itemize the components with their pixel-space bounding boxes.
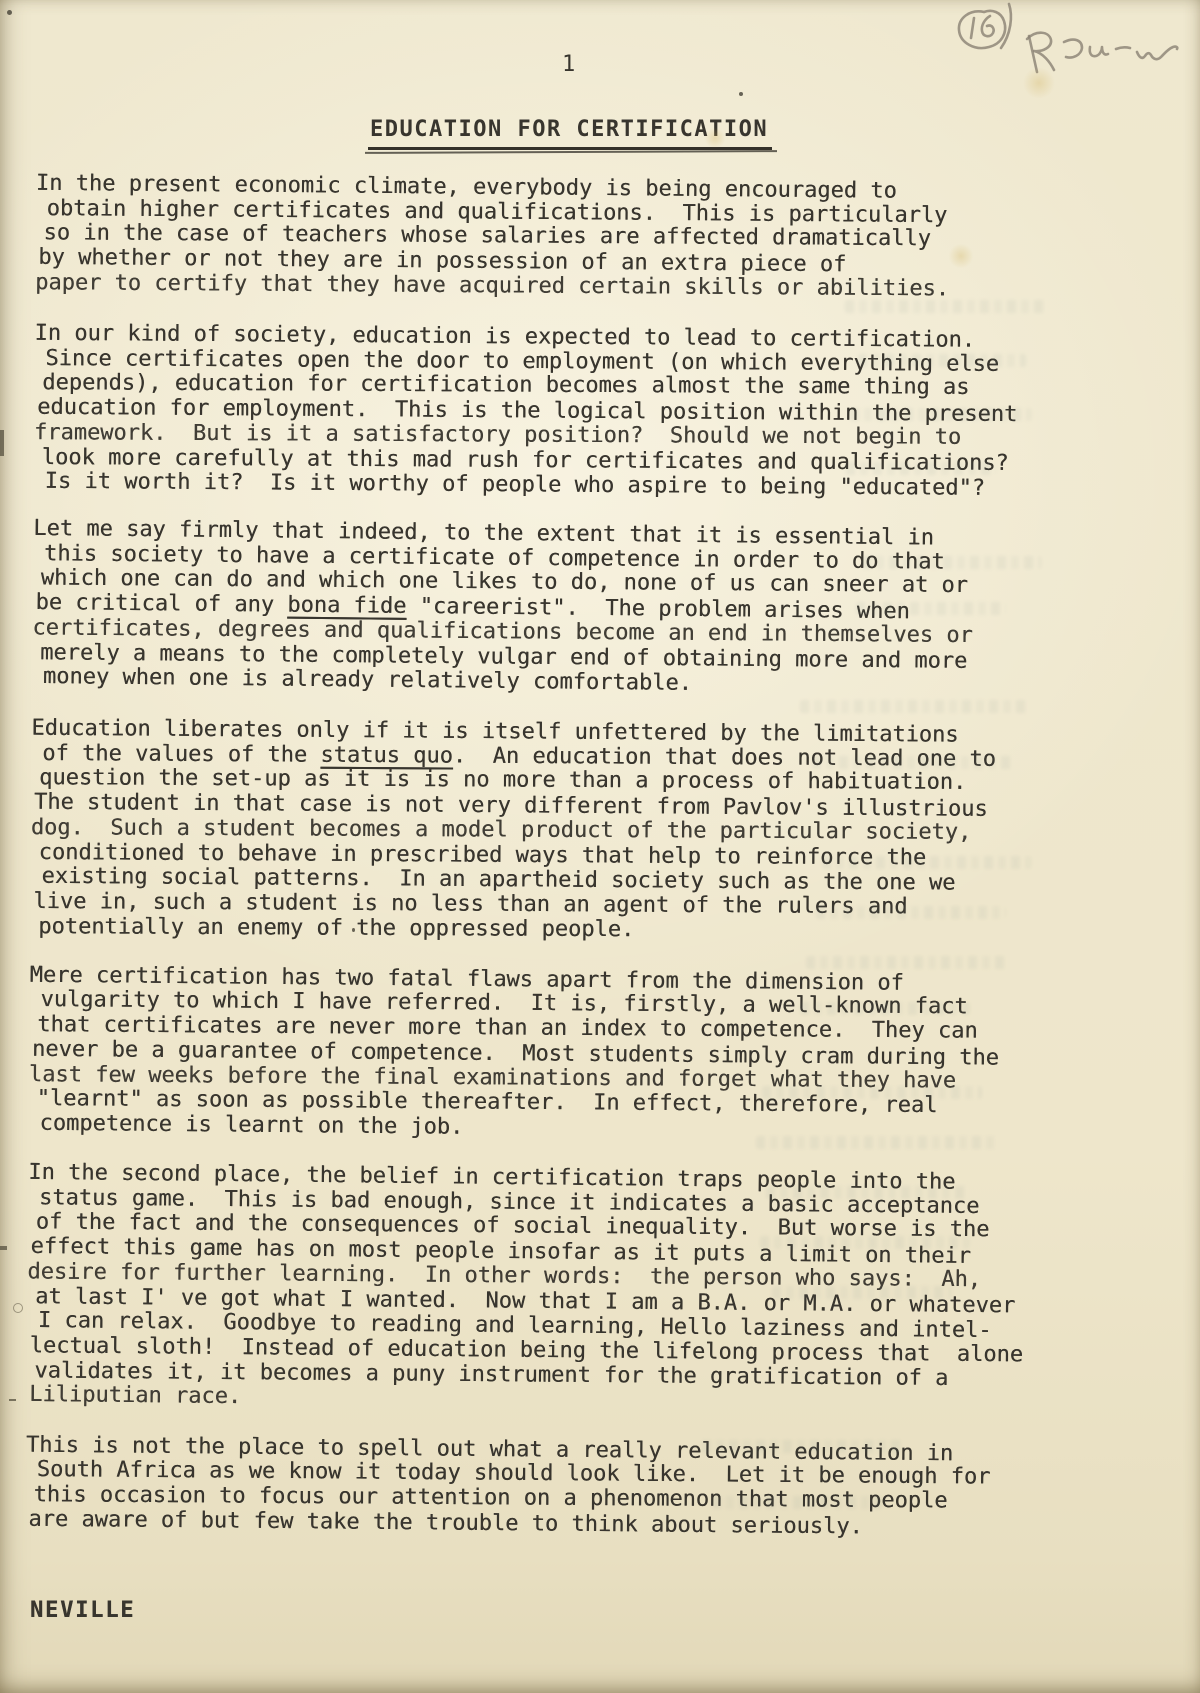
bleedthrough-smudge	[762, 1086, 982, 1099]
text-segment: be critical of any	[35, 591, 287, 619]
bleedthrough-smudge	[812, 756, 1012, 769]
scrawl-letter-r-stem	[1029, 36, 1037, 72]
bleedthrough-smudge	[772, 1286, 952, 1299]
scrawl-letter-w	[1137, 47, 1177, 60]
scan-edge-mark	[9, 1399, 16, 1401]
underlined-phrase: bona fide	[287, 593, 406, 619]
bleedthrough-smudge	[702, 1440, 902, 1453]
ink-speck	[739, 92, 743, 96]
bleedthrough-smudge	[712, 1496, 882, 1509]
pencil-annotation-icon	[930, 2, 1200, 92]
bleedthrough-smudge	[856, 602, 1006, 615]
bleedthrough-smudge	[806, 956, 1006, 969]
bleedthrough-smudge	[845, 300, 1045, 313]
bleedthrough-smudge	[822, 856, 1032, 869]
text-segment: of the values of the	[42, 741, 320, 768]
bleedthrough-smudge	[850, 408, 1032, 421]
ink-speck	[7, 10, 12, 15]
scrawl-dash	[1116, 47, 1130, 49]
text-line: potentially an enemy of the oppressed pe…	[38, 915, 1150, 945]
bleedthrough-smudge	[846, 462, 996, 475]
circled-number-digit-6	[982, 16, 994, 36]
bleedthrough-smudge	[816, 906, 1006, 919]
scrawl-letter-u	[1090, 47, 1108, 56]
scanned-typewritten-page: 1 EDUCATION FOR CERTIFICATION In the pre…	[0, 0, 1200, 1693]
circled-number-digit-1	[971, 18, 974, 38]
bleedthrough-smudge	[800, 700, 1030, 713]
scan-edge-mark	[0, 430, 4, 456]
paragraph: Mere certification has two fatal flaws a…	[28, 964, 1149, 1146]
paper-stain	[704, 128, 726, 148]
scrawl-letter-r-bowl	[1027, 33, 1054, 70]
underlined-phrase: status quo	[320, 743, 453, 769]
pencil-speck	[13, 1303, 23, 1313]
document-body: In the present economic climate, everybo…	[25, 172, 1156, 1566]
bleedthrough-smudge	[760, 1236, 970, 1249]
text-line: framework. But is it a satisfactory posi…	[34, 420, 1154, 450]
bleedthrough-smudge	[862, 556, 1042, 569]
bleedthrough-smudge	[800, 1002, 970, 1015]
page-number: 1	[562, 52, 575, 77]
paragraph: In the second place, the belief in certi…	[26, 1161, 1148, 1418]
paper-stain	[1022, 68, 1056, 98]
scrawl-letter-j	[1064, 40, 1082, 58]
bleedthrough-smudge	[756, 1136, 996, 1149]
ink-speck	[352, 928, 355, 932]
author-signature: NEVILLE	[30, 1598, 135, 1623]
paragraph: This is not the place to spell out what …	[25, 1434, 1146, 1542]
paper-stain	[948, 244, 974, 268]
bleedthrough-smudge	[766, 1186, 966, 1199]
scan-edge-mark	[0, 1246, 7, 1250]
paragraph: In the present economic climate, everybo…	[35, 172, 1156, 304]
bleedthrough-smudge	[858, 354, 1026, 367]
